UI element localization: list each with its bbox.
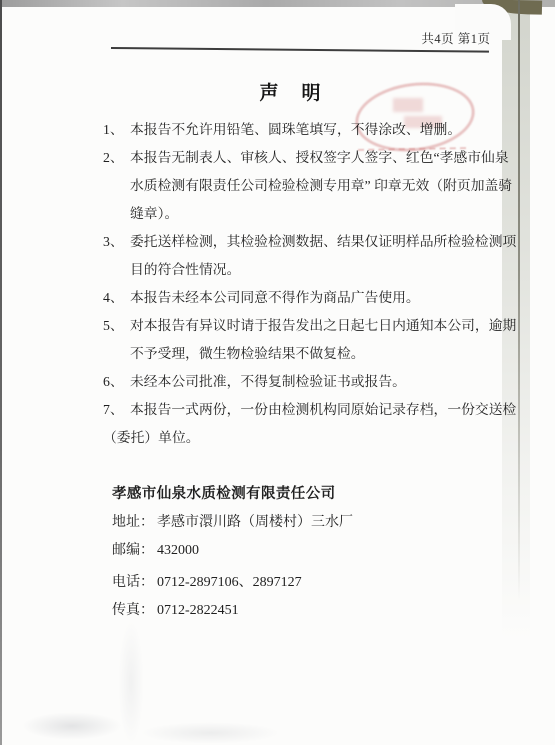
scan-smudge <box>140 722 280 744</box>
item-text: 本报告未经本公司同意不得作为商品广告使用。 <box>130 290 420 305</box>
item-number: 2、 <box>103 144 130 172</box>
postcode-value: 432000 <box>157 543 199 558</box>
page-title: 声 明 <box>95 78 487 105</box>
item-text: 不予受理，微生物检验结果不做复检。 <box>103 340 503 368</box>
item-text: 委托送样检测，其检验检测数据、结果仅证明样品所检验检测项 <box>130 234 516 249</box>
item-number: 4、 <box>103 284 130 312</box>
declaration-item-3: 3、委托送样检测，其检验检测数据、结果仅证明样品所检验检测项 目的符合性情况。 <box>103 228 503 284</box>
declaration-item-5: 5、对本报告有异议时请于报告发出之日起七日内通知本公司，逾期 不予受理，微生物检… <box>103 312 503 368</box>
phone-label: 电话： <box>112 575 154 590</box>
item-number: 7、 <box>103 396 130 424</box>
item-number: 6、 <box>103 368 130 396</box>
declaration-item-7: 7、本报告一式两份，一份由检测机构同原始记录存档，一份交送检 （委托）单位。 <box>103 396 503 452</box>
item-number: 5、 <box>103 312 130 340</box>
scan-edge-left <box>0 0 2 745</box>
item-number: 3、 <box>103 228 130 256</box>
item-text: 本报告不允许用铅笔、圆珠笔填写，不得涂改、增删。 <box>130 122 461 137</box>
item-text: （委托）单位。 <box>103 424 503 452</box>
item-text: 缝章）。 <box>103 200 503 228</box>
postcode-line: 邮编：432000 <box>112 539 199 559</box>
item-text: 本报告无制表人、审核人、授权签字人签字、红色“孝感市仙泉 <box>130 150 509 165</box>
declaration-item-4: 4、本报告未经本公司同意不得作为商品广告使用。 <box>103 284 503 312</box>
item-text: 未经本公司批准，不得复制检验证书或报告。 <box>130 374 406 389</box>
fax-line: 传真：0712-2822451 <box>112 599 239 619</box>
page-count-label: 共4页 第1页 <box>418 29 494 47</box>
company-name: 孝感市仙泉水质检测有限责任公司 <box>112 482 336 503</box>
postcode-label: 邮编： <box>112 543 154 558</box>
declaration-item-1: 1、本报告不允许用铅笔、圆珠笔填写，不得涂改、增删。 <box>103 116 503 144</box>
phone-value: 0712-2897106、2897127 <box>157 575 302 590</box>
address-line: 地址：孝感市澴川路（周楼村）三水厂 <box>112 511 353 531</box>
scan-smudge <box>118 620 144 745</box>
declaration-list: 1、本报告不允许用铅笔、圆珠笔填写，不得涂改、增删。 2、本报告无制表人、审核人… <box>103 116 503 452</box>
fax-value: 0712-2822451 <box>157 603 239 618</box>
fax-label: 传真： <box>112 603 154 618</box>
item-text: 对本报告有异议时请于报告发出之日起七日内通知本公司，逾期 <box>130 318 516 333</box>
item-text: 水质检测有限责任公司检验检测专用章” 印章无效（附页加盖骑 <box>103 172 503 200</box>
scan-smudge <box>22 712 122 740</box>
address-value: 孝感市澴川路（周楼村）三水厂 <box>157 515 353 530</box>
scanned-declaration-page: 共4页 第1页 声 明 1、本报告不允许用铅笔、圆珠笔填写，不得涂改、增删。 2… <box>0 0 555 745</box>
item-text: 目的符合性情况。 <box>103 256 503 284</box>
phone-line: 电话：0712-2897106、2897127 <box>112 571 302 591</box>
item-number: 1、 <box>103 116 130 144</box>
address-label: 地址： <box>112 515 154 530</box>
header-rule-line <box>111 47 489 52</box>
declaration-item-6: 6、未经本公司批准，不得复制检验证书或报告。 <box>103 368 503 396</box>
declaration-item-2: 2、本报告无制表人、审核人、授权签字人签字、红色“孝感市仙泉 水质检测有限责任公… <box>103 144 503 228</box>
scan-paper-crease <box>518 0 520 600</box>
item-text: 本报告一式两份，一份由检测机构同原始记录存档，一份交送检 <box>130 402 516 417</box>
